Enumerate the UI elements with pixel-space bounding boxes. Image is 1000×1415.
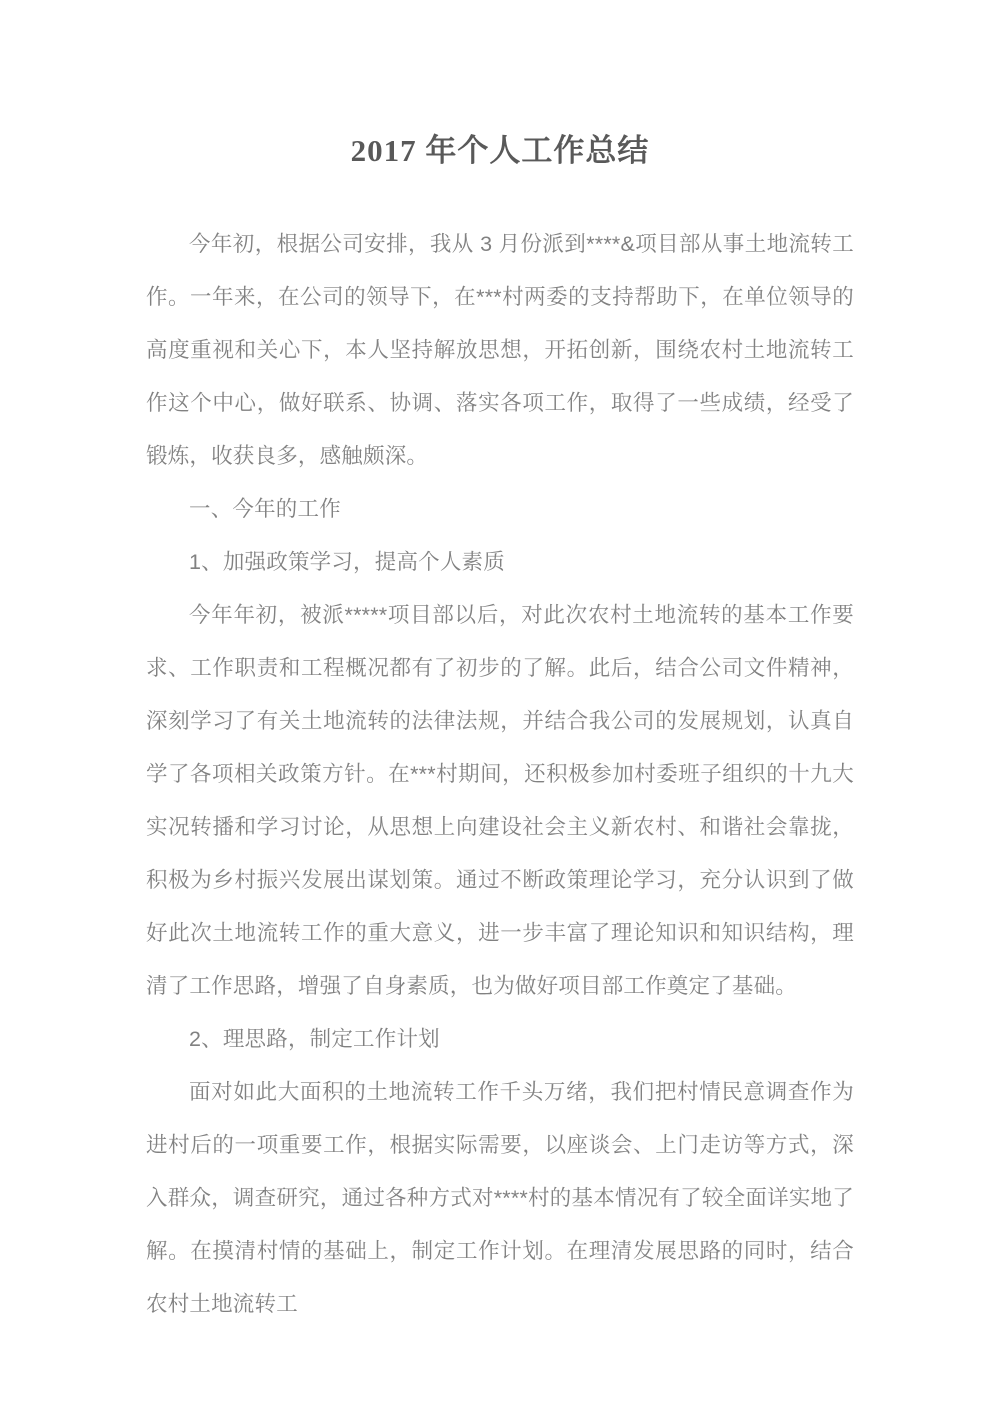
paragraph-body: 今年年初，被派*****项目部以后，对此次农村土地流转的基本工作要求、工作职责和… (146, 589, 854, 1013)
paragraph-sub-heading: 1、加强政策学习，提高个人素质 (146, 536, 854, 589)
paragraph-section-heading: 一、今年的工作 (146, 483, 854, 536)
document-title: 2017 年个人工作总结 (146, 128, 854, 174)
document-body: 今年初，根据公司安排，我从 3 月份派到****&项目部从事土地流转工作。一年来… (146, 218, 854, 1331)
document-page: 2017 年个人工作总结 今年初，根据公司安排，我从 3 月份派到****&项目… (0, 0, 1000, 1415)
paragraph-body: 面对如此大面积的土地流转工作千头万绪，我们把村情民意调查作为进村后的一项重要工作… (146, 1066, 854, 1331)
document-content: 2017 年个人工作总结 今年初，根据公司安排，我从 3 月份派到****&项目… (0, 0, 1000, 1415)
paragraph-sub-heading: 2、理思路，制定工作计划 (146, 1013, 854, 1066)
paragraph-body: 今年初，根据公司安排，我从 3 月份派到****&项目部从事土地流转工作。一年来… (146, 218, 854, 483)
